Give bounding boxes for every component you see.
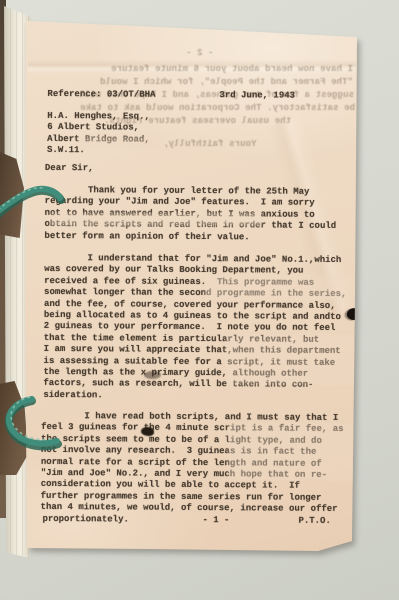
- binding-cord-bottom: [9, 397, 58, 446]
- document-photo: - 2 - I have now heard about your 6 minu…: [0, 0, 399, 600]
- binding-cords: [0, 0, 399, 600]
- binding-cord-top: [0, 188, 61, 215]
